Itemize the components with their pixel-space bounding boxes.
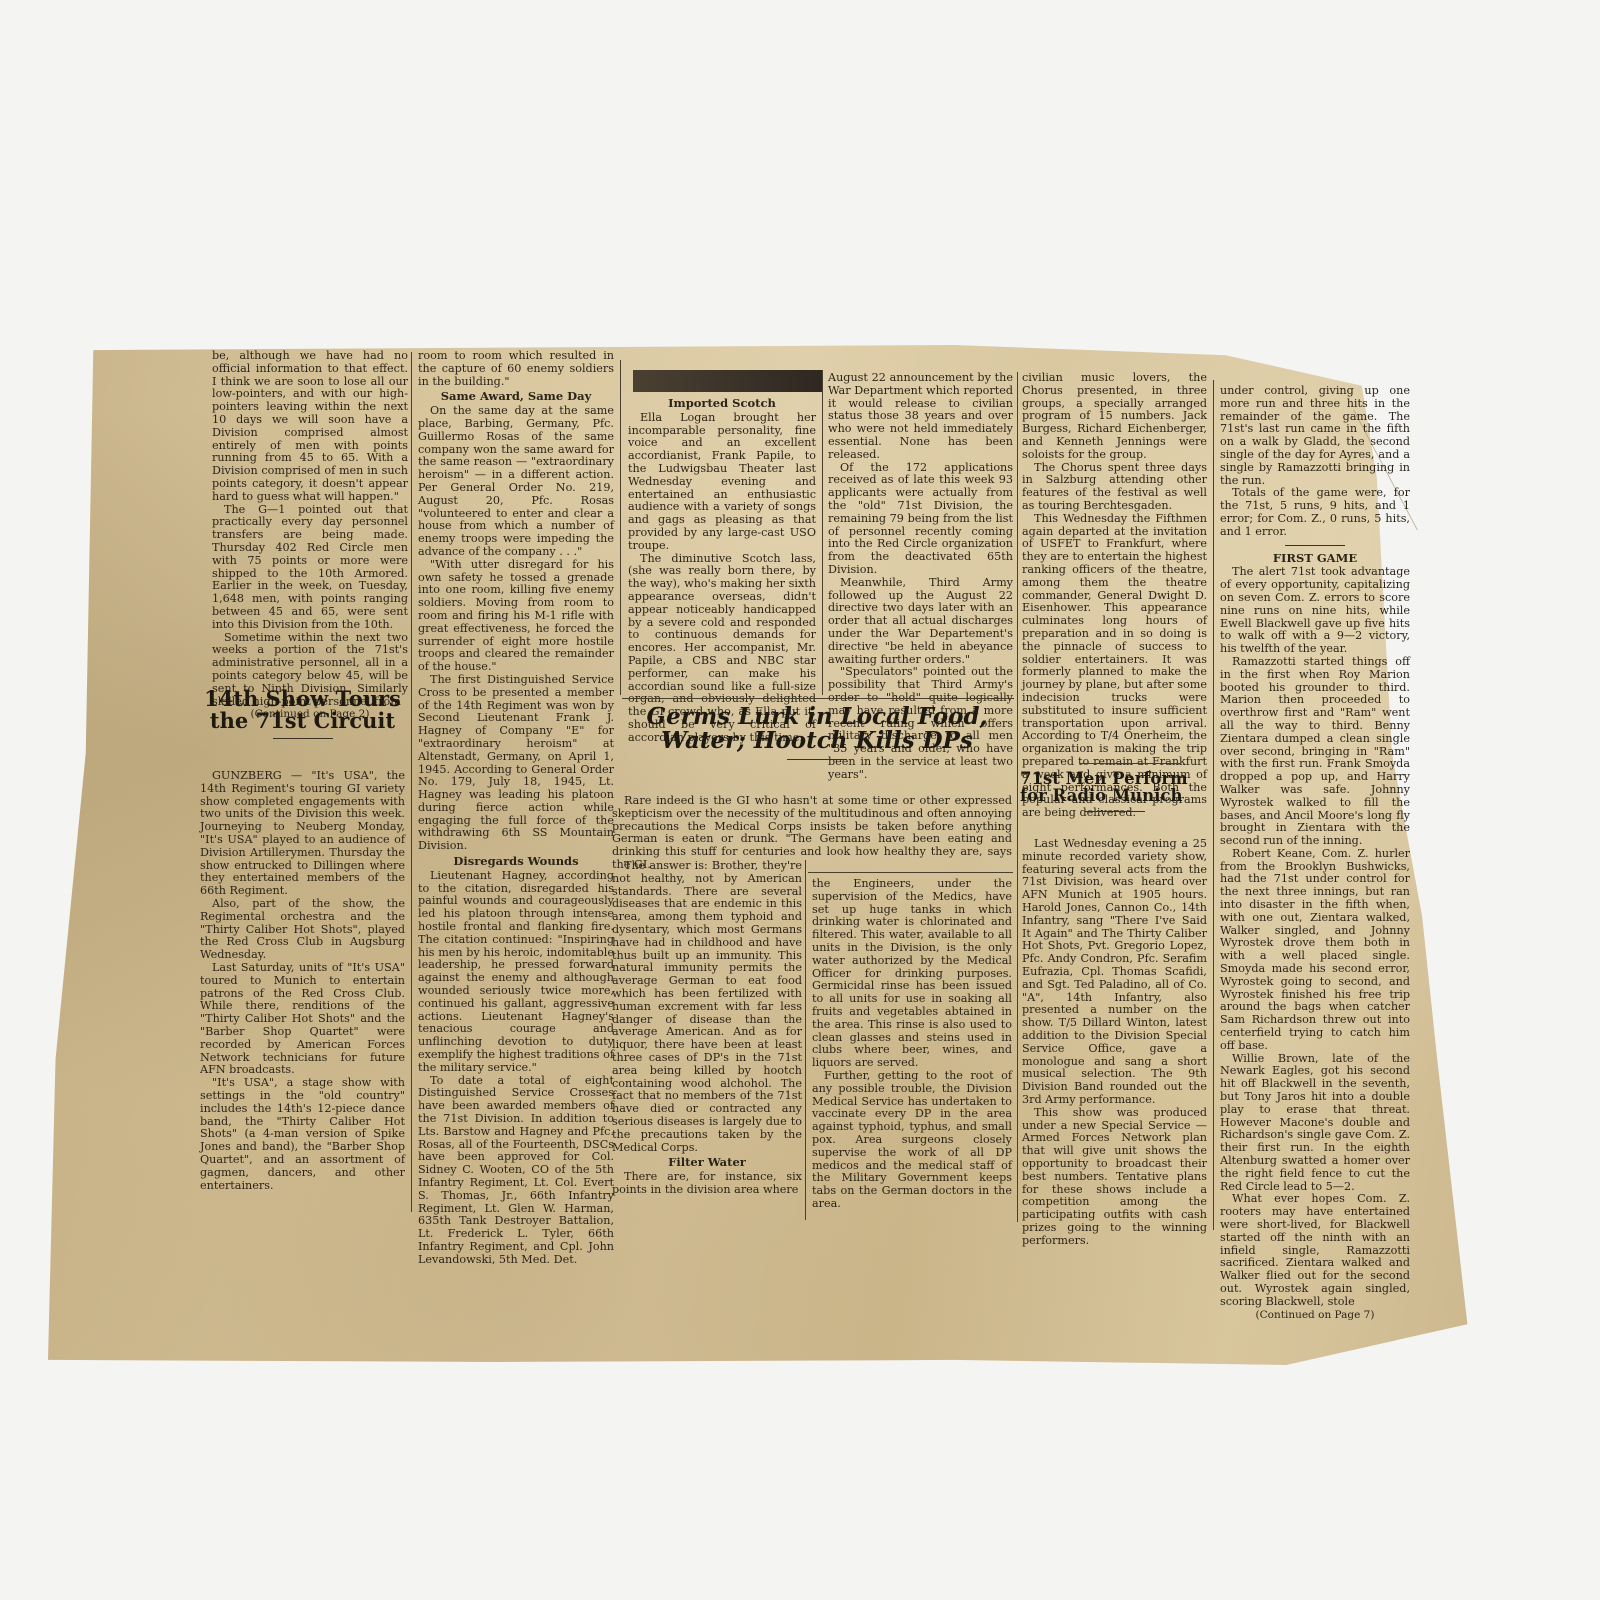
headline-line: Germs Lurk in Local Food,: [612, 705, 1022, 729]
divider: [1085, 811, 1145, 812]
continued-notice: (Continued on Page 7): [1220, 1309, 1410, 1322]
article-radio-munich-body: Last Wednesday evening a 25 minute recor…: [1022, 838, 1207, 1248]
paragraph: The G—1 pointed out that practically eve…: [212, 504, 408, 632]
divider: [273, 738, 333, 739]
column-rule: [822, 370, 823, 695]
paragraph: Willie Brown, late of the Newark Eagles,…: [1220, 1053, 1410, 1194]
column-6-baseball-article: under control, giving up one more run an…: [1220, 385, 1410, 1321]
paragraph: Meanwhile, Third Army followed up the Au…: [828, 577, 1013, 667]
paragraph: Ella Logan brought her incomparable pers…: [628, 412, 816, 553]
subhead: Filter Water: [612, 1156, 802, 1169]
paragraph: Ramazzotti started things off in the fir…: [1220, 656, 1410, 848]
paragraph: The alert 71st took advantage of every o…: [1220, 566, 1410, 656]
headline-show-tours: 14th Show Tours the 71st Circuit: [195, 688, 410, 745]
divider: [787, 759, 847, 760]
paragraph: Last Saturday, units of "It's USA" toure…: [200, 962, 405, 1077]
paragraph: room to room which resulted in the captu…: [418, 350, 614, 388]
paragraph: This show was produced under a new Speci…: [1022, 1107, 1207, 1248]
headline-radio-munich: 71st Men Perform for Radio Munich: [1020, 770, 1210, 818]
paragraph: "With utter disregard for his own safety…: [418, 559, 614, 674]
paragraph: What ever hopes Com. Z. rooters may have…: [1220, 1193, 1410, 1308]
paragraph: The first Distinguished Service Cross to…: [418, 674, 614, 853]
headline-line: for Radio Munich: [1020, 787, 1210, 804]
germs-right-column: the Engineers, under the supervision of …: [812, 878, 1012, 1211]
column-rule: [620, 360, 621, 695]
paragraph: The answer is: Brother, they're not heal…: [612, 860, 802, 1154]
paragraph: the Engineers, under the supervision of …: [812, 878, 1012, 1070]
section-rule: [808, 872, 1013, 873]
column-rule: [805, 860, 806, 1220]
headline-line: 14th Show Tours: [195, 688, 410, 710]
paragraph: be, although we have had no official inf…: [212, 350, 408, 504]
paragraph: civilian music lovers, the Chorus presen…: [1022, 372, 1207, 462]
column-1-article-continuation: be, although we have had no official inf…: [212, 350, 408, 721]
dark-banner: [633, 370, 823, 392]
section-rule: [1080, 763, 1180, 764]
paragraph: To date a total of eight Distinguished S…: [418, 1075, 614, 1267]
article-show-tours-body: GUNZBERG — "It's USA", the 14th Regiment…: [200, 770, 405, 1192]
paragraph: Of the 172 applications received as of l…: [828, 462, 1013, 577]
headline-line: the 71st Circuit: [195, 710, 410, 732]
section-rule: [622, 698, 1014, 699]
column-2-dsc-article: room to room which resulted in the captu…: [418, 350, 614, 1267]
paragraph: August 22 announcement by the War Depart…: [828, 372, 1013, 462]
paragraph: Lieutenant Hagney, according to the cita…: [418, 870, 614, 1075]
column-rule: [411, 352, 412, 1212]
subhead: Same Award, Same Day: [418, 390, 614, 403]
paragraph: Further, getting to the root of any poss…: [812, 1070, 1012, 1211]
subhead: FIRST GAME: [1220, 552, 1410, 565]
paragraph: under control, giving up one more run an…: [1220, 385, 1410, 487]
headline-line: Water; Hootch Kills DPs: [612, 729, 1022, 753]
headline-germs: Germs Lurk in Local Food, Water; Hootch …: [612, 705, 1022, 766]
column-rule: [1017, 372, 1018, 1222]
column-5-chorus-article: civilian music lovers, the Chorus presen…: [1022, 372, 1207, 820]
paragraph: The Chorus spent three days in Salzburg …: [1022, 462, 1207, 513]
column-3-imported-scotch: Imported ScotchElla Logan brought her in…: [628, 395, 816, 745]
subhead: Imported Scotch: [628, 397, 816, 410]
subhead: Disregards Wounds: [418, 855, 614, 868]
paragraph: There are, for instance, six points in t…: [612, 1171, 802, 1197]
paragraph: Robert Keane, Com. Z. hurler from the Br…: [1220, 848, 1410, 1053]
paragraph: Also, part of the show, the Regimental o…: [200, 898, 405, 962]
paragraph: "It's USA", a stage show with settings i…: [200, 1077, 405, 1192]
paragraph: On the same day at the same place, Barbi…: [418, 405, 614, 559]
paragraph: GUNZBERG — "It's USA", the 14th Regiment…: [200, 770, 405, 898]
headline-line: 71st Men Perform: [1020, 770, 1210, 787]
divider: [1285, 545, 1345, 546]
germs-left-column: The answer is: Brother, they're not heal…: [612, 860, 802, 1197]
column-rule: [1213, 380, 1214, 1230]
paragraph: Last Wednesday evening a 25 minute recor…: [1022, 838, 1207, 1107]
paragraph: Totals of the game were, for the 71st, 5…: [1220, 487, 1410, 538]
